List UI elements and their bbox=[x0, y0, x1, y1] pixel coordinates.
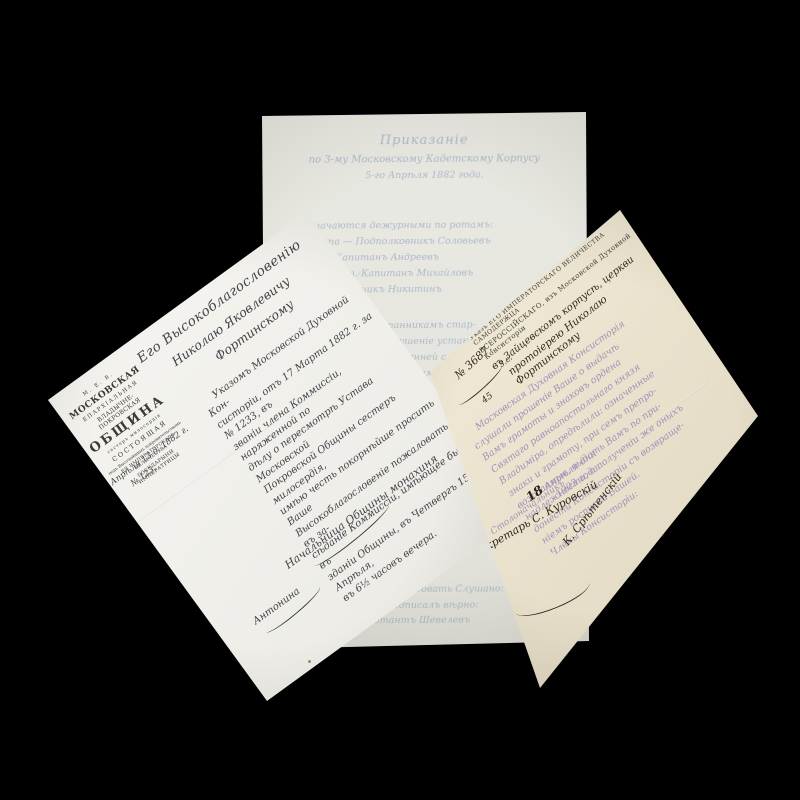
middle-header-line: Приказаніе bbox=[264, 132, 584, 149]
middle-header-line: 5-го Апрѣля 1882 года. bbox=[264, 169, 584, 182]
roster-line: 1-я рота — Подполковникъ Соловьевъ bbox=[295, 233, 570, 251]
signature-flourish bbox=[511, 572, 594, 623]
paper-speck bbox=[700, 300, 702, 302]
roster-line: Назначаются дежурными по ротамъ: bbox=[295, 217, 570, 235]
photograph-of-three-documents: Приказаніе по 3-му Московскому Кадетском… bbox=[0, 0, 800, 800]
middle-header: Приказаніе по 3-му Московскому Кадетском… bbox=[264, 132, 584, 182]
margin-mark: 45 bbox=[480, 391, 495, 406]
paper-speck bbox=[308, 660, 311, 663]
paper-speck bbox=[741, 243, 744, 246]
middle-header-line: по 3-му Московскому Кадетскому Корпусу bbox=[264, 153, 584, 166]
